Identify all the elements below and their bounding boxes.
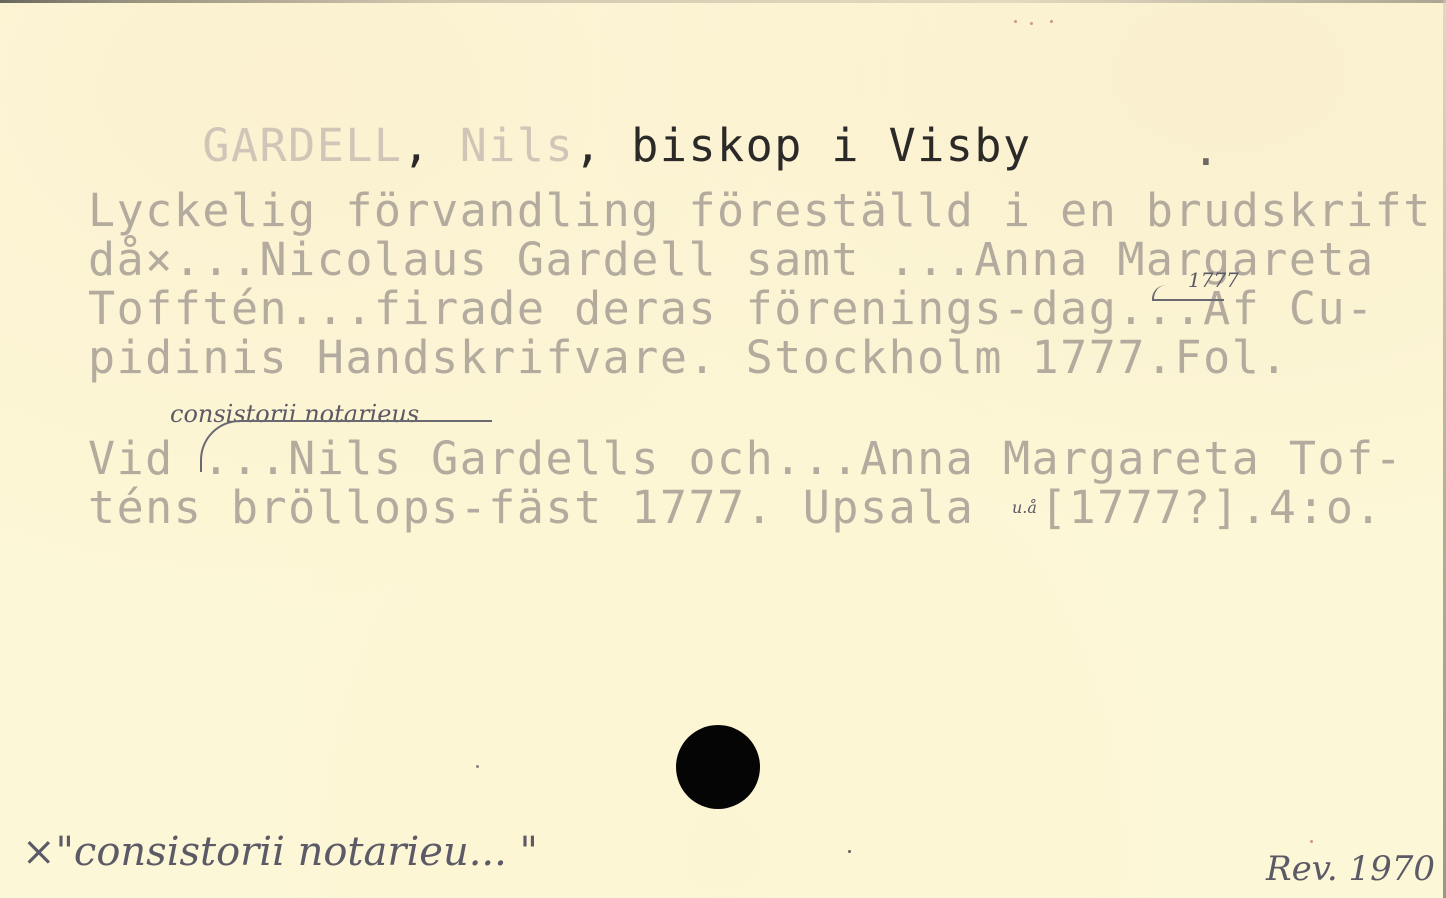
punch-hole: [676, 725, 760, 809]
entry-2-line: Vid ...Nils Gardells och...Anna Margaret…: [88, 436, 1403, 481]
heading-surname: GARDELL: [202, 119, 402, 172]
paper-speck: [476, 765, 479, 768]
entry-2-line: [1777?].4:o.: [1040, 485, 1383, 530]
entry-2-line: téns bröllops-fäst 1777. Upsala: [88, 485, 974, 530]
footer-note-revision: Rev. 1970: [1266, 852, 1435, 886]
annotation-place: u.å: [1012, 500, 1037, 516]
paper-speck: [848, 850, 851, 853]
entry-1-line: pidinis Handskrifvare. Stockholm 1777.Fo…: [88, 335, 1289, 380]
entry-1-line: Lyckelig förvandling föreställd i en bru…: [88, 188, 1432, 233]
heading-title: biskop i Visby: [631, 119, 1031, 172]
annotation-bracket: [1152, 285, 1224, 301]
card-top-edge: [0, 0, 1446, 3]
paper-speck: [1014, 20, 1017, 23]
footer-note-consistorii: ×"consistorii notarieu... ": [22, 832, 538, 872]
entry-1-line: då×...Nicolaus Gardell samt ...Anna Marg…: [88, 237, 1375, 282]
paper-speck: [1050, 20, 1053, 23]
heading-comma: ,: [403, 119, 432, 172]
heading-comma: ,: [574, 119, 603, 172]
paper-speck: [1310, 840, 1313, 843]
heading-given-name: Nils: [460, 119, 574, 172]
catalog-card: GARDELL, Nils, biskop i Visby . Lyckelig…: [0, 0, 1446, 898]
paper-speck: [1030, 22, 1033, 25]
